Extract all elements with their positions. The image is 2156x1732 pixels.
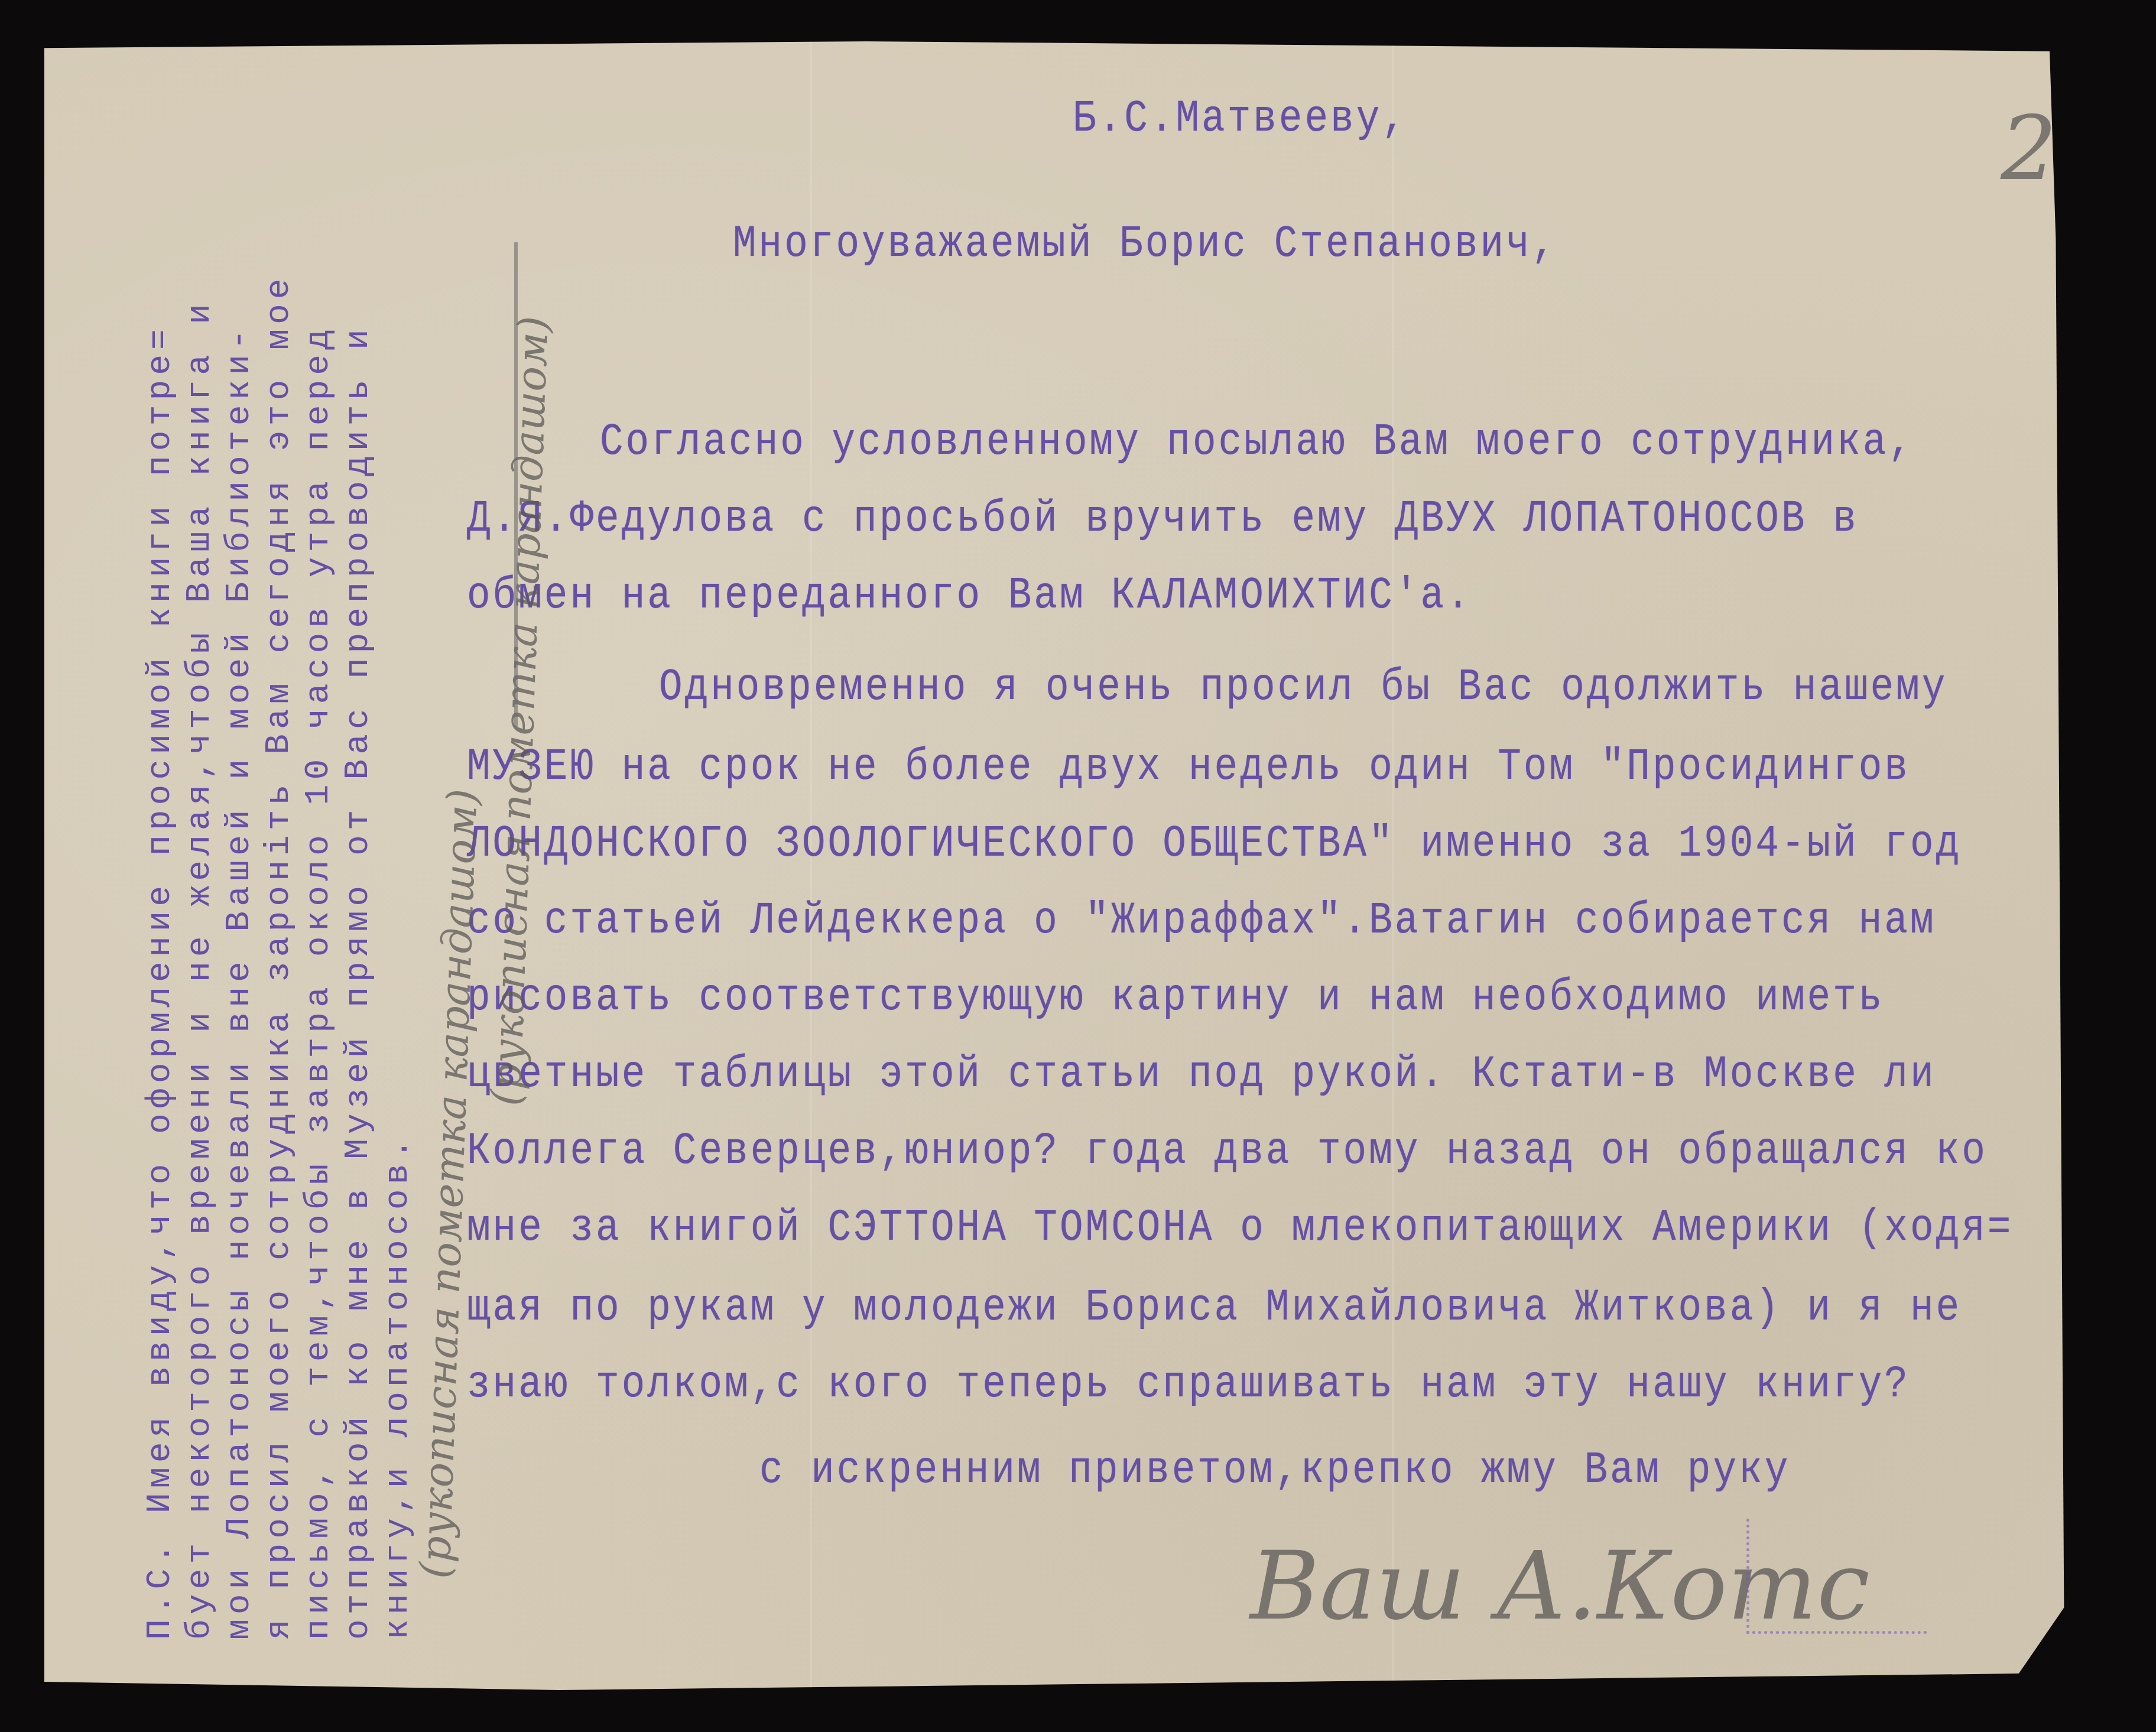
postscript-line: отправкой ко мне в Музей прямо от Вас пр… [339, 192, 378, 1640]
body-line: ЛОНДОНСКОГО ЗООЛОГИЧЕСКОГО ОБЩЕСТВА" име… [467, 818, 1962, 869]
body-line: щая по рукам у молодежи Бориса Михайлови… [467, 1282, 1962, 1333]
postscript-line: П.С. Имея ввиду,что оформление просимой … [141, 192, 180, 1640]
body-line: обмен на переданного Вам КАЛАМОИХТИС'а. [467, 570, 1472, 621]
body-line: мне за книгой СЭТТОНА ТОМСОНА о млекопит… [467, 1203, 2013, 1253]
body-line: Д.Я.Федулова с просьбой вручить ему ДВУХ… [467, 493, 1859, 544]
body-line: рисовать соответствующую картину и нам н… [467, 972, 1884, 1023]
addressee: Б.С.Матвееву, [1073, 93, 1408, 144]
stamp [1746, 1519, 1927, 1634]
postscript-line: бует некоторого времени и не желая,чтобы… [180, 192, 220, 1640]
postscript-line: книгу,и лопатоносов. [378, 192, 418, 1640]
page-number: 2 [2001, 98, 2057, 200]
postscript-line: я просил моего сотрудника зароніть Вам с… [259, 192, 299, 1640]
body-line: Согласно условленному посылаю Вам моего … [600, 417, 1914, 467]
closing: с искренним приветом,крепко жму Вам руку [759, 1445, 1790, 1496]
pencil-margin-line [514, 242, 518, 727]
pencil-note: (рукописная пометка карандашом) [411, 788, 487, 1579]
body-line: Одновременно я очень просил бы Вас одолж… [659, 662, 1947, 713]
body-line: цветные таблицы этой статьи под рукой. К… [467, 1049, 1936, 1100]
postscript-line: мои Лопатоносы ночевали вне Вашей и моей… [220, 192, 259, 1640]
body-line: со статьей Лейдеккера о "Жираффах".Ватаг… [467, 895, 1936, 946]
body-line: знаю толком,с кого теперь спрашивать нам… [467, 1359, 1910, 1410]
postscript-line: письмо, с тем,чтобы завтра около 10 часо… [299, 192, 339, 1640]
body-line: МУЗЕЮ на срок не более двух недель один … [467, 742, 1910, 792]
postscript: П.С. Имея ввиду,что оформление просимой … [141, 192, 418, 1640]
salutation: Многоуважаемый Борис Степанович, [733, 219, 1557, 269]
body-line: Коллега Северцев,юниор? года два тому на… [467, 1126, 1988, 1177]
